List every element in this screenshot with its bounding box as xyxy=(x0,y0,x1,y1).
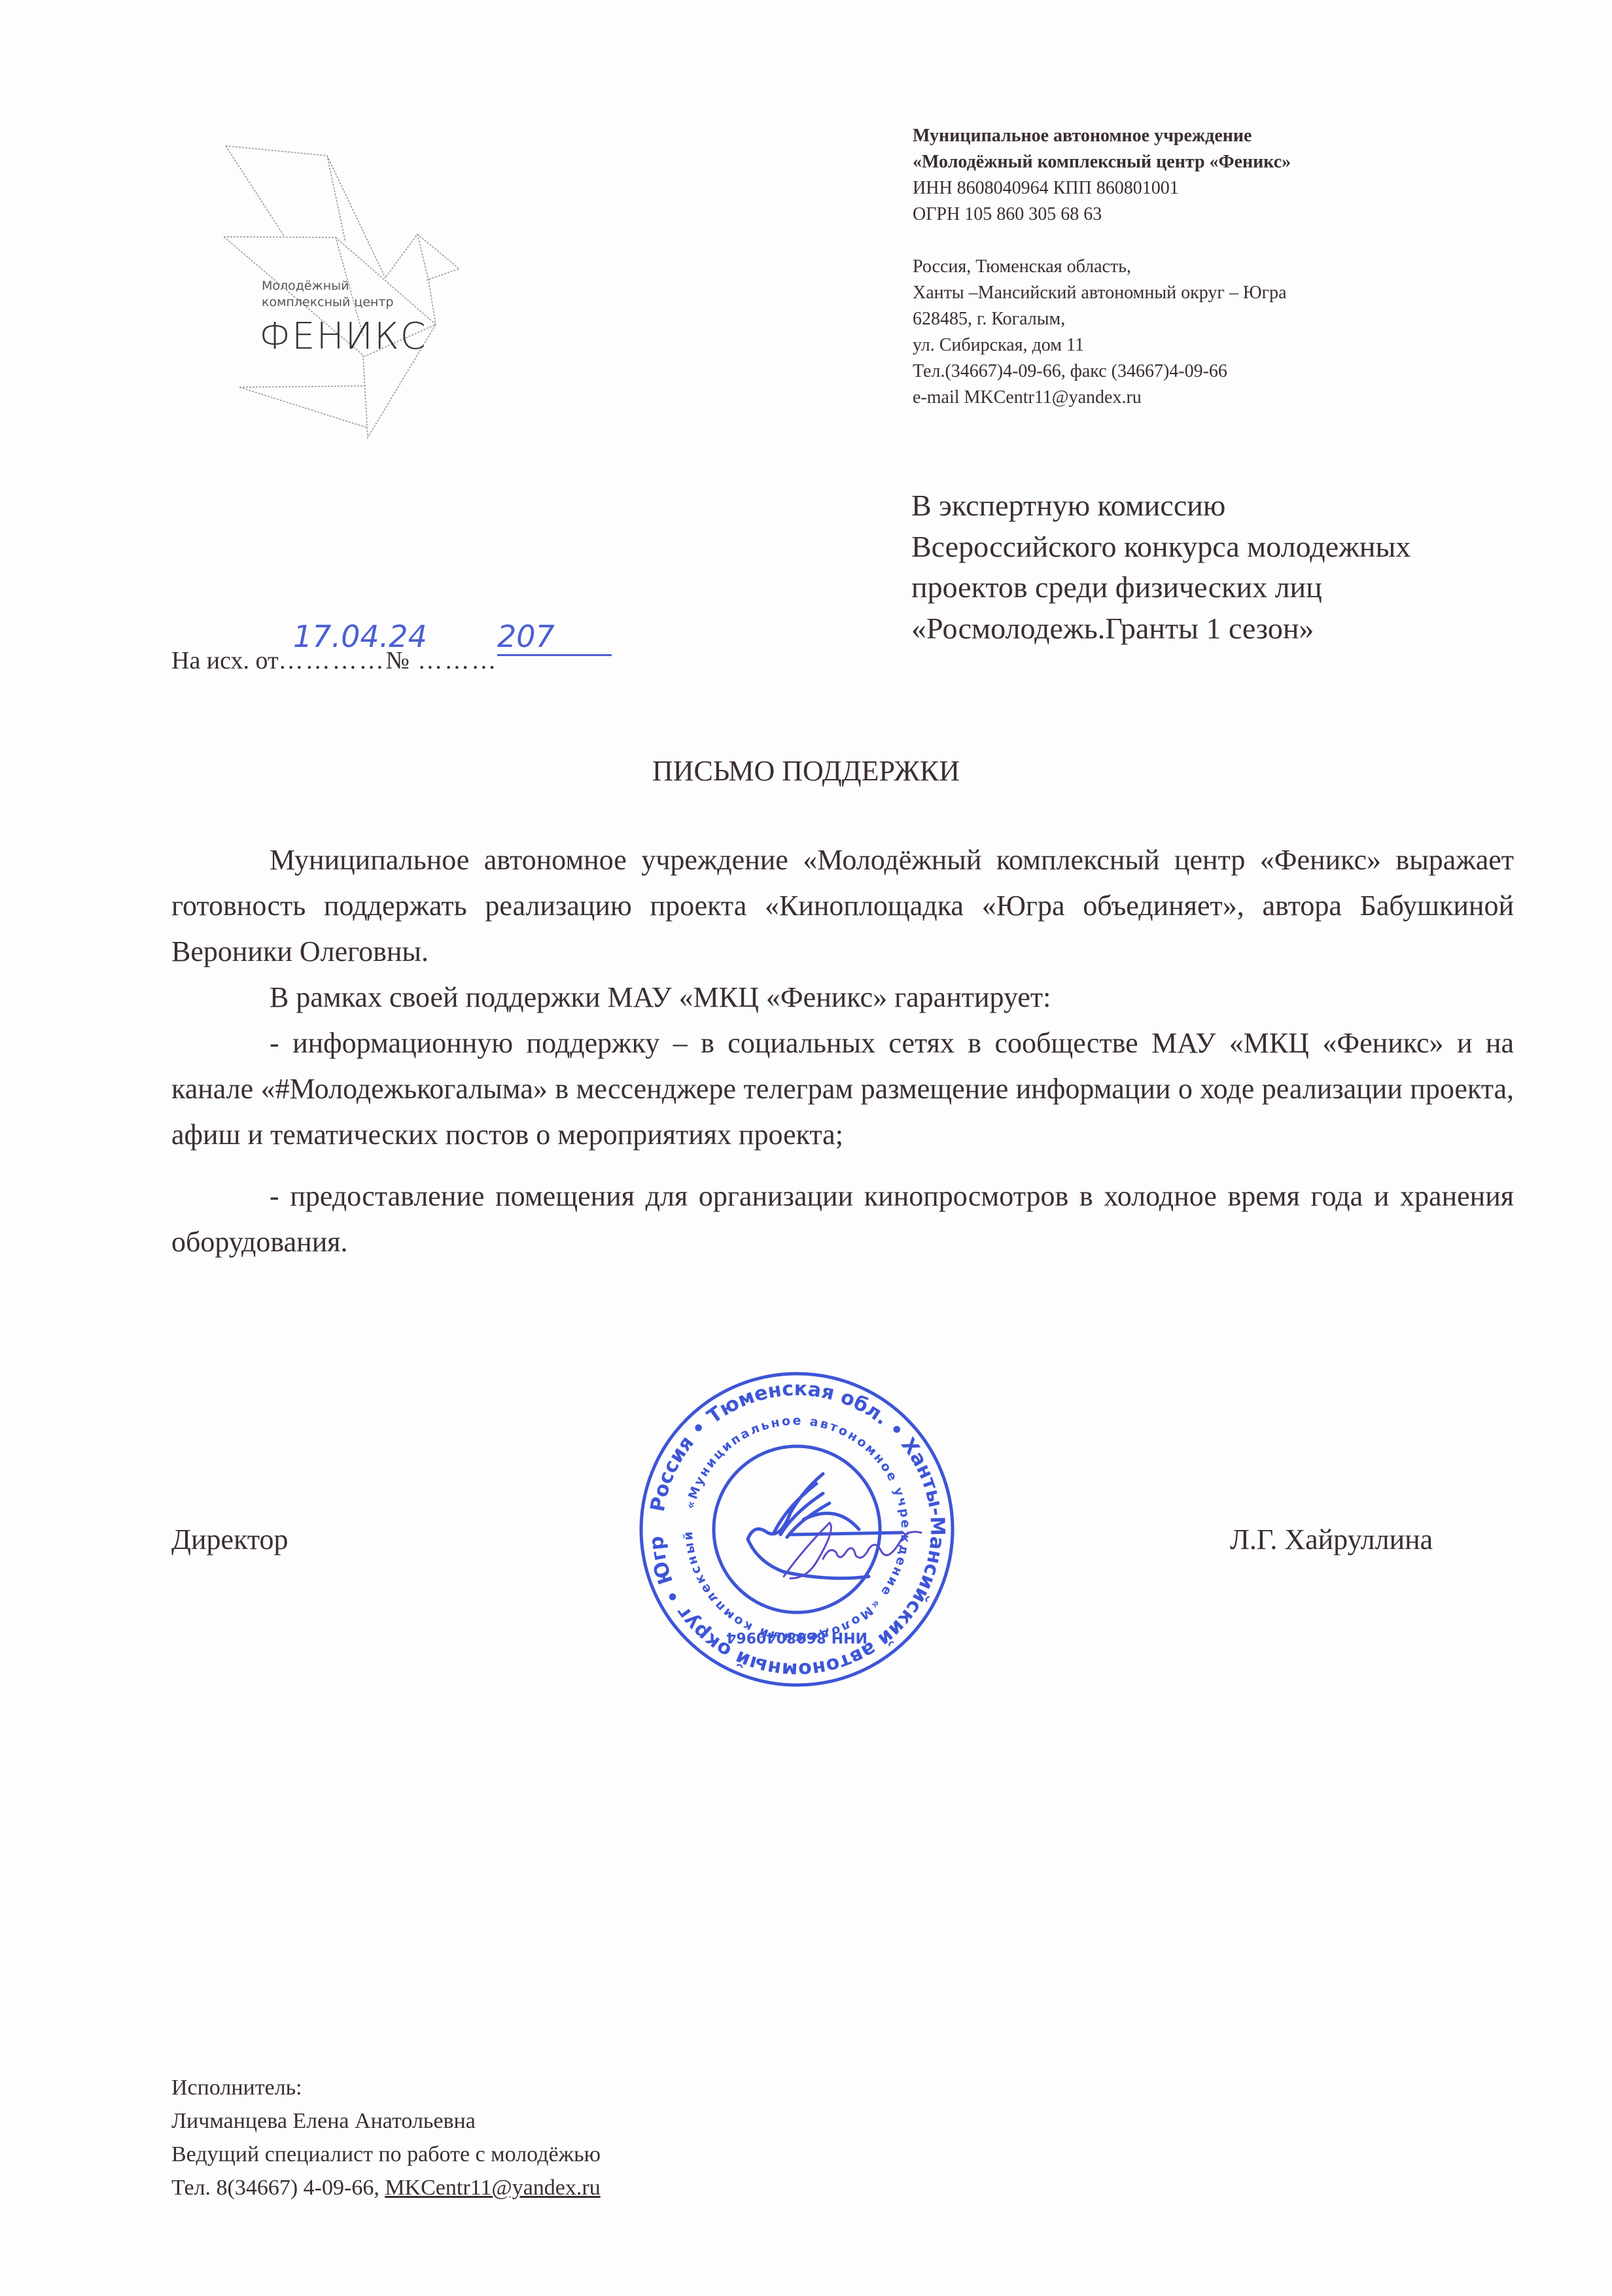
stamp-seal-icon: Россия • Тюменская обл. • Ханты-Мансийск… xyxy=(633,1366,960,1693)
letter-body: Муниципальное автономное учреждение «Мол… xyxy=(171,837,1514,1265)
ogrn: ОГРН 105 860 305 68 63 xyxy=(913,201,1501,228)
email: e-mail MKCentr11@yandex.ru xyxy=(913,385,1501,411)
handwritten-underline xyxy=(497,654,612,656)
executor-name: Личманцева Елена Анатольевна xyxy=(171,2104,601,2138)
organization-logo: Молодёжный комплексный центр ФЕНИКС xyxy=(196,118,589,458)
executor-block: Исполнитель: Личманцева Елена Анатольевн… xyxy=(171,2071,601,2204)
paragraph: В рамках своей поддержки МАУ «МКЦ «Феник… xyxy=(171,975,1514,1020)
address-line: Россия, Тюменская область, xyxy=(913,254,1501,280)
document-title: ПИСЬМО ПОДДЕРЖКИ xyxy=(0,754,1612,788)
logo-subtitle: Молодёжный комплексный центр xyxy=(262,278,394,311)
address-line: ул. Сибирская, дом 11 xyxy=(913,332,1501,358)
handwritten-date: 17.04.24 xyxy=(293,619,427,654)
address-line: 628485, г. Когалым, xyxy=(913,306,1501,332)
inn-kpp: ИНН 8608040964 КПП 860801001 xyxy=(913,175,1501,201)
paragraph: Муниципальное автономное учреждение «Мол… xyxy=(171,837,1514,975)
handwritten-number: 207 xyxy=(497,619,555,654)
outgoing-label: На исх. от xyxy=(171,647,279,674)
executor-position: Ведущий специалист по работе с молодёжью xyxy=(171,2138,601,2171)
executor-phone: Тел. 8(34667) 4-09-66, xyxy=(171,2176,385,2200)
paragraph: - информационную поддержку – в социальны… xyxy=(171,1020,1514,1158)
executor-email-link[interactable]: MKCentr11@yandex.ru xyxy=(385,2176,600,2200)
org-name-line2: «Молодёжный комплексный центр «Феникс» xyxy=(913,149,1501,175)
addressee-block: В экспертную комиссию Всероссийского кон… xyxy=(911,485,1410,649)
logo-name: ФЕНИКС xyxy=(259,315,427,358)
letterhead-requisites: Муниципальное автономное учреждение «Мол… xyxy=(913,123,1501,411)
address-line: Ханты –Мансийский автономный округ – Югр… xyxy=(913,280,1501,306)
addressee-line: В экспертную комиссию xyxy=(911,485,1410,527)
org-name-line1: Муниципальное автономное учреждение xyxy=(913,123,1501,149)
phone-fax: Тел.(34667)4-09-66, факс (34667)4-09-66 xyxy=(913,358,1501,385)
paragraph: - предоставление помещения для организац… xyxy=(171,1174,1514,1265)
official-stamp: Россия • Тюменская обл. • Ханты-Мансийск… xyxy=(633,1366,960,1693)
addressee-line: проектов среди физических лиц xyxy=(911,567,1410,608)
svg-text:ИНН 8608040964: ИНН 8608040964 xyxy=(726,1629,867,1645)
executor-contact: Тел. 8(34667) 4-09-66, MKCentr11@yandex.… xyxy=(171,2171,601,2204)
addressee-line: Всероссийского конкурса молодежных xyxy=(911,527,1410,568)
signatory-position: Директор xyxy=(171,1523,289,1556)
executor-label: Исполнитель: xyxy=(171,2071,601,2104)
signatory-name: Л.Г. Хайруллина xyxy=(1230,1523,1433,1556)
addressee-line: «Росмолодежь.Гранты 1 сезон» xyxy=(911,608,1410,650)
